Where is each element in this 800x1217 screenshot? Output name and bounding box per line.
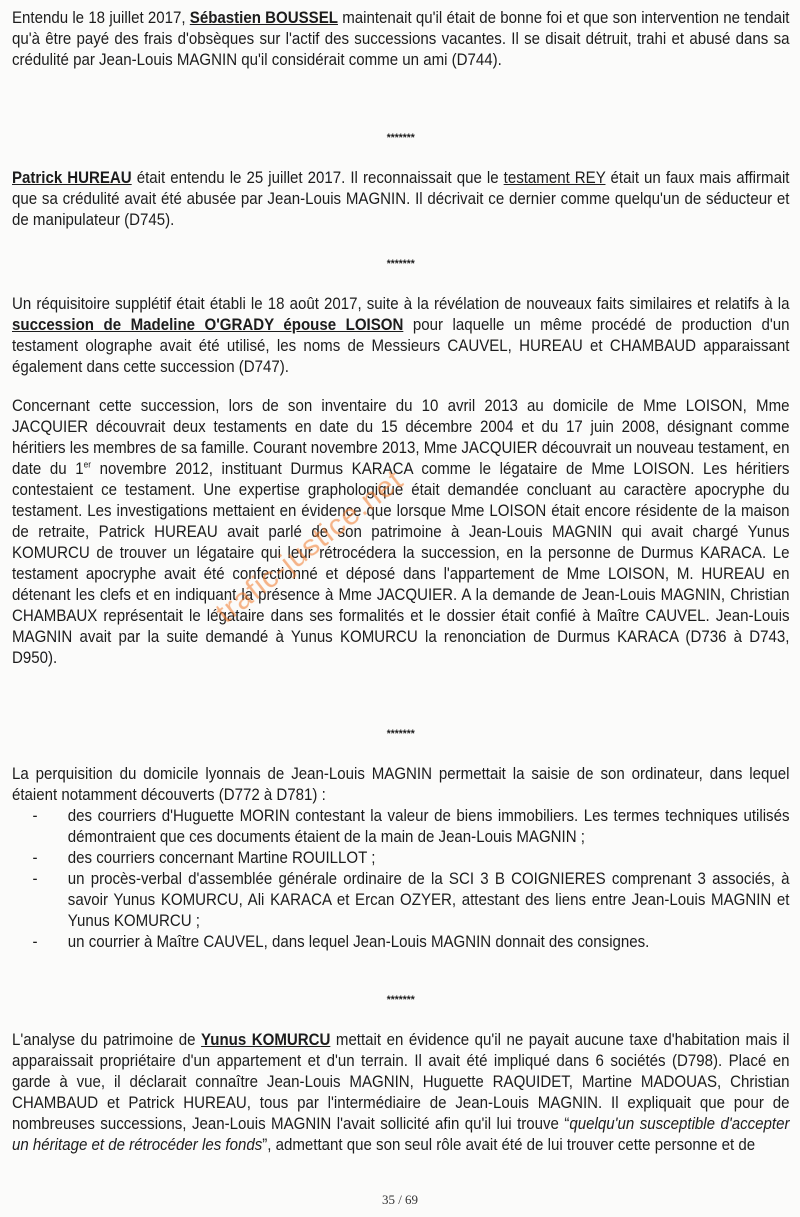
testament-rey: testament REY: [504, 169, 606, 187]
list-item: -un courrier à Maître CAUVEL, dans leque…: [12, 932, 789, 953]
person-name-hureau: Patrick HUREAU: [12, 169, 132, 187]
paragraph-komurcu: L'analyse du patrimoine de Yunus KOMURCU…: [12, 1030, 789, 1156]
list-item: -des courriers d'Huguette MORIN contesta…: [12, 806, 789, 848]
dash-bullet: -: [32, 848, 37, 869]
paragraph-succession-loison: Concernant cette succession, lors de son…: [12, 396, 789, 669]
seized-items-list: -des courriers d'Huguette MORIN contesta…: [12, 806, 789, 953]
person-name-komurcu: Yunus KOMURCU: [201, 1031, 330, 1049]
section-separator: *******: [12, 990, 789, 1011]
person-name-boussel: Sébastien BOUSSEL: [190, 9, 338, 27]
list-item: -des courriers concernant Martine ROUILL…: [12, 848, 789, 869]
paragraph-hureau: Patrick HUREAU était entendu le 25 juill…: [12, 168, 789, 231]
perquisition-intro: La perquisition du domicile lyonnais de …: [12, 764, 789, 806]
page-number: 35 / 69: [0, 1192, 800, 1208]
section-separator: *******: [12, 724, 789, 745]
section-separator: *******: [12, 254, 789, 275]
succession-loison: succession de Madeline O'GRADY épouse LO…: [12, 316, 403, 334]
section-separator: *******: [12, 128, 789, 149]
paragraph-perquisition: La perquisition du domicile lyonnais de …: [12, 764, 789, 953]
list-item: -un procès-verbal d'assemblée générale o…: [12, 869, 789, 932]
paragraph-boussel: Entendu le 18 juillet 2017, Sébastien BO…: [12, 8, 789, 71]
dash-bullet: -: [32, 806, 37, 827]
paragraph-requisitoire: Un réquisitoire supplétif était établi l…: [12, 294, 789, 378]
dash-bullet: -: [32, 869, 37, 890]
dash-bullet: -: [32, 932, 37, 953]
